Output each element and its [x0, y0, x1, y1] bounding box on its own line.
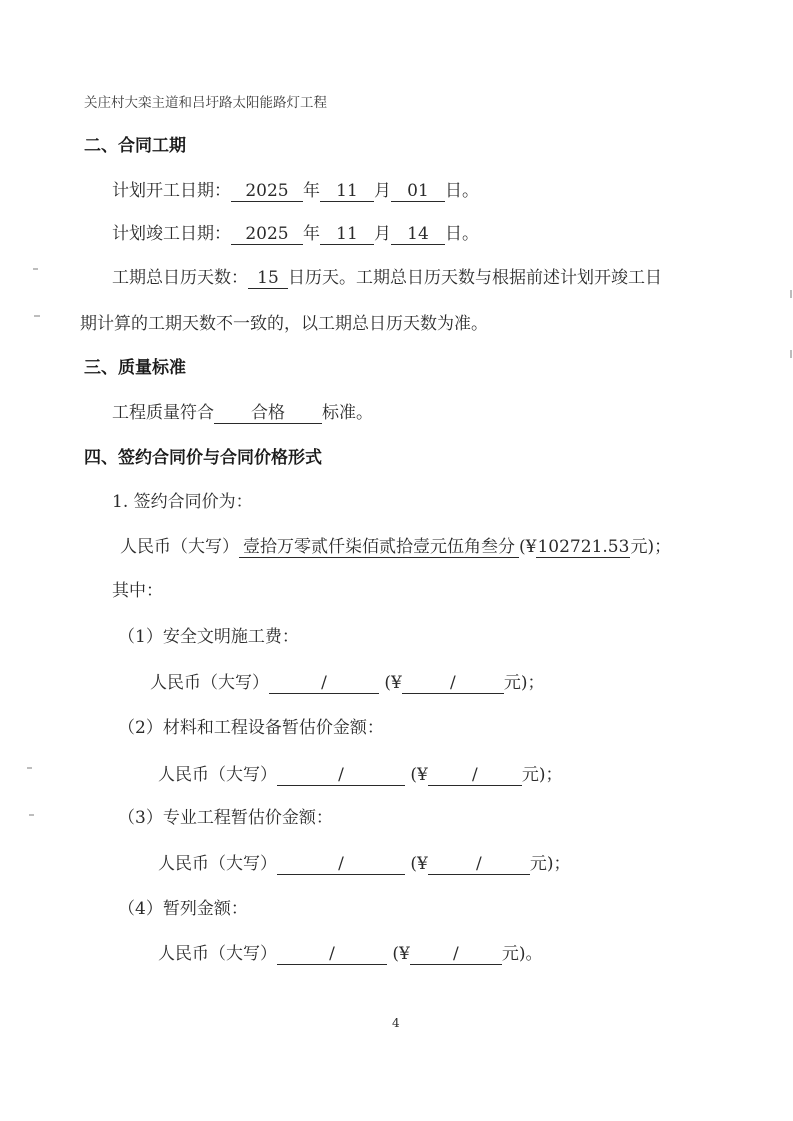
- safety-civilized-fee-label: （1）安全文明施工费：: [118, 622, 299, 647]
- safety-fee-words: /: [269, 673, 379, 694]
- year-unit: 年: [303, 181, 320, 201]
- material-equipment-provisional-label: （2）材料和工程设备暂估价金额：: [118, 713, 384, 738]
- day-unit: 日。: [445, 181, 479, 201]
- total-days-line: 工期总日历天数：15日历天。工期总日历天数与根据前述计划开竣工日: [112, 263, 662, 289]
- yen-close: 元)；: [530, 854, 571, 874]
- scan-mark: [790, 290, 792, 298]
- safety-civilized-fee-line: 人民币（大写）/ (¥/元)；: [150, 668, 545, 694]
- material-provisional-words: /: [277, 765, 405, 786]
- quality-standard-line: 工程质量符合合格标准。: [112, 398, 373, 424]
- total-days-value: 15: [248, 268, 288, 289]
- yen-close: 元)；: [504, 673, 545, 693]
- quality-value: 合格: [214, 403, 322, 424]
- material-equipment-provisional-line: 人民币（大写）/ (¥/元)；: [158, 760, 563, 786]
- yen-open: (¥: [519, 537, 536, 557]
- scan-mark: [34, 315, 40, 317]
- specialty-provisional-amount: /: [428, 854, 530, 875]
- month-unit: 月: [374, 181, 391, 201]
- page-number: 4: [392, 1016, 400, 1030]
- planned-start-label: 计划开工日期：: [112, 181, 231, 201]
- planned-end-day: 14: [391, 224, 445, 245]
- section-title-contract-price: 四、签约合同价与合同价格形式: [84, 443, 322, 468]
- provisional-sum-words: /: [277, 944, 387, 965]
- planned-start-year: 2025: [231, 181, 303, 202]
- material-provisional-amount: /: [428, 765, 522, 786]
- rmb-prefix: 人民币（大写）: [150, 673, 269, 693]
- rmb-prefix: 人民币（大写）: [158, 944, 277, 964]
- specialty-work-provisional-line: 人民币（大写）/ (¥/元)；: [158, 849, 571, 875]
- rmb-prefix: 人民币（大写）: [158, 765, 277, 785]
- signed-contract-price-label: 1. 签约合同价为：: [112, 487, 253, 512]
- planned-end-year: 2025: [231, 224, 303, 245]
- contract-price-prefix: 人民币（大写）: [120, 537, 239, 557]
- quality-prefix: 工程质量符合: [112, 403, 214, 423]
- specialty-work-provisional-label: （3）专业工程暂估价金额：: [118, 803, 333, 828]
- year-unit: 年: [303, 224, 320, 244]
- contract-price-line: 人民币（大写）壹拾万零贰仟柒佰贰拾壹元伍角叁分(¥102721.53元)；: [120, 532, 671, 558]
- total-days-continuation: 期计算的工期天数不一致的，以工期总日历天数为准。: [80, 309, 488, 334]
- scan-mark: [29, 814, 34, 816]
- total-days-suffix: 日历天。工期总日历天数与根据前述计划开竣工日: [288, 268, 662, 288]
- provisional-sum-label: （4）暂列金额：: [118, 894, 248, 919]
- among-label: 其中：: [112, 576, 163, 601]
- yen-close: 元)；: [522, 765, 563, 785]
- planned-start-day: 01: [391, 181, 445, 202]
- planned-start-date-line: 计划开工日期：2025年11月01日。: [112, 176, 479, 202]
- planned-start-month: 11: [320, 181, 374, 202]
- safety-fee-amount: /: [402, 673, 504, 694]
- contract-price-words: 壹拾万零贰仟柒佰贰拾壹元伍角叁分: [239, 537, 519, 558]
- provisional-sum-amount: /: [410, 944, 502, 965]
- yen-open: (¥: [410, 765, 427, 785]
- provisional-sum-line: 人民币（大写）/ (¥/元)。: [158, 939, 543, 965]
- specialty-provisional-words: /: [277, 854, 405, 875]
- day-unit: 日。: [445, 224, 479, 244]
- planned-end-month: 11: [320, 224, 374, 245]
- total-days-label: 工期总日历天数：: [112, 268, 248, 288]
- scan-mark: [33, 268, 38, 270]
- rmb-prefix: 人民币（大写）: [158, 854, 277, 874]
- project-name-header: 关庄村大栾主道和吕圩路太阳能路灯工程: [84, 91, 327, 111]
- planned-end-date-line: 计划竣工日期：2025年11月14日。: [112, 219, 479, 245]
- scan-mark: [790, 350, 792, 358]
- month-unit: 月: [374, 224, 391, 244]
- planned-end-label: 计划竣工日期：: [112, 224, 231, 244]
- yen-open: (¥: [384, 673, 401, 693]
- contract-price-amount: 102721.53: [536, 537, 630, 558]
- yen-open: (¥: [392, 944, 409, 964]
- yen-close: 元)；: [630, 537, 671, 557]
- scan-mark: [27, 767, 32, 769]
- section-title-quality-standard: 三、质量标准: [84, 353, 186, 378]
- yen-open: (¥: [410, 854, 427, 874]
- yen-close: 元)。: [502, 944, 543, 964]
- quality-suffix: 标准。: [322, 403, 373, 423]
- section-title-contract-period: 二、合同工期: [84, 131, 186, 156]
